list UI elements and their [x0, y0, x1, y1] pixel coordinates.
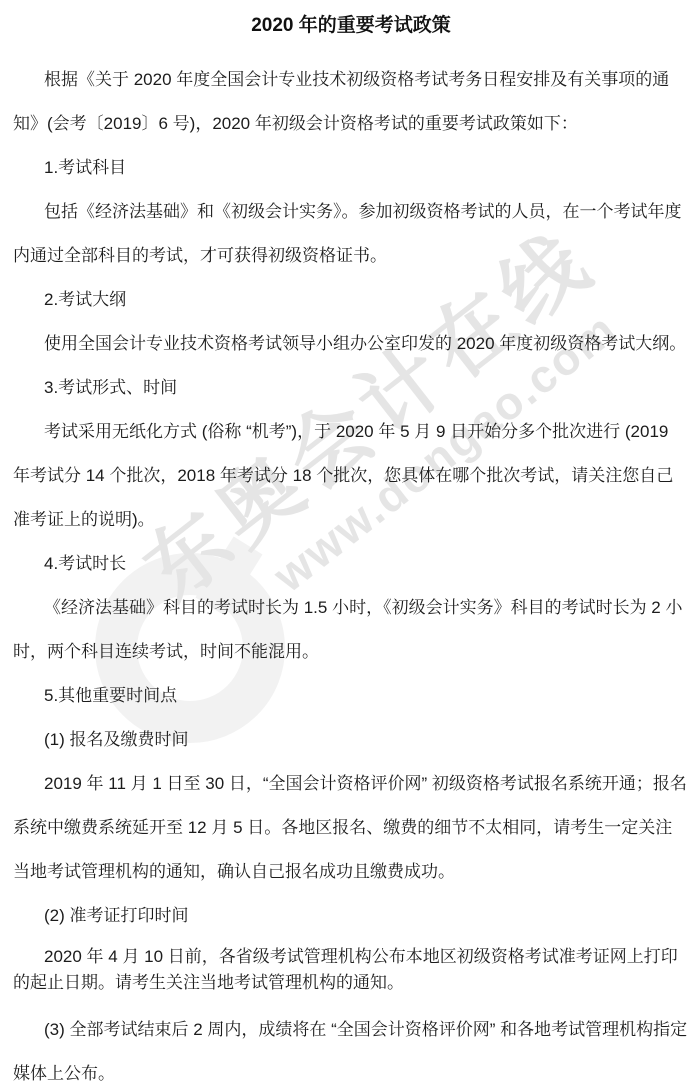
doc-paragraph: 使用全国会计专业技术资格考试领导小组办公室印发的 2020 年度初级资格考试大纲… — [13, 322, 689, 366]
doc-section-heading: 1.考试科目 — [13, 146, 689, 190]
document-page: 东奥会计在线 www.dongao.com 2020 年的重要考试政策 根据《关… — [0, 0, 700, 1088]
doc-list-item-heading: (2) 准考证打印时间 — [13, 894, 689, 938]
doc-section-heading: 2.考试大纲 — [13, 278, 689, 322]
doc-section-heading: 4.考试时长 — [13, 542, 689, 586]
doc-paragraph: 2020 年 4 月 10 日前，各省级考试管理机构公布本地区初级资格考试准考证… — [13, 944, 689, 996]
doc-paragraph: 《经济法基础》科目的考试时长为 1.5 小时，《初级会计实务》科目的考试时长为 … — [13, 586, 689, 674]
doc-paragraph: 包括《经济法基础》和《初级会计实务》。参加初级资格考试的人员，在一个考试年度内通… — [13, 190, 689, 278]
document-content: 2020 年的重要考试政策 根据《关于 2020 年度全国会计专业技术初级资格考… — [0, 0, 700, 1088]
doc-section-heading: 3.考试形式、时间 — [13, 366, 689, 410]
doc-list-item-heading: (1) 报名及缴费时间 — [13, 718, 689, 762]
doc-paragraph: 2019 年 11 月 1 日至 30 日，“全国会计资格评价网” 初级资格考试… — [13, 762, 689, 894]
doc-paragraph: (3) 全部考试结束后 2 周内，成绩将在 “全国会计资格评价网” 和各地考试管… — [13, 1008, 689, 1088]
doc-paragraph: 根据《关于 2020 年度全国会计专业技术初级资格考试考务日程安排及有关事项的通… — [13, 58, 689, 146]
doc-paragraph: 考试采用无纸化方式 (俗称 “机考”)，于 2020 年 5 月 9 日开始分多… — [13, 410, 689, 542]
doc-section-heading: 5.其他重要时间点 — [13, 674, 689, 718]
doc-title: 2020 年的重要考试政策 — [13, 4, 689, 48]
